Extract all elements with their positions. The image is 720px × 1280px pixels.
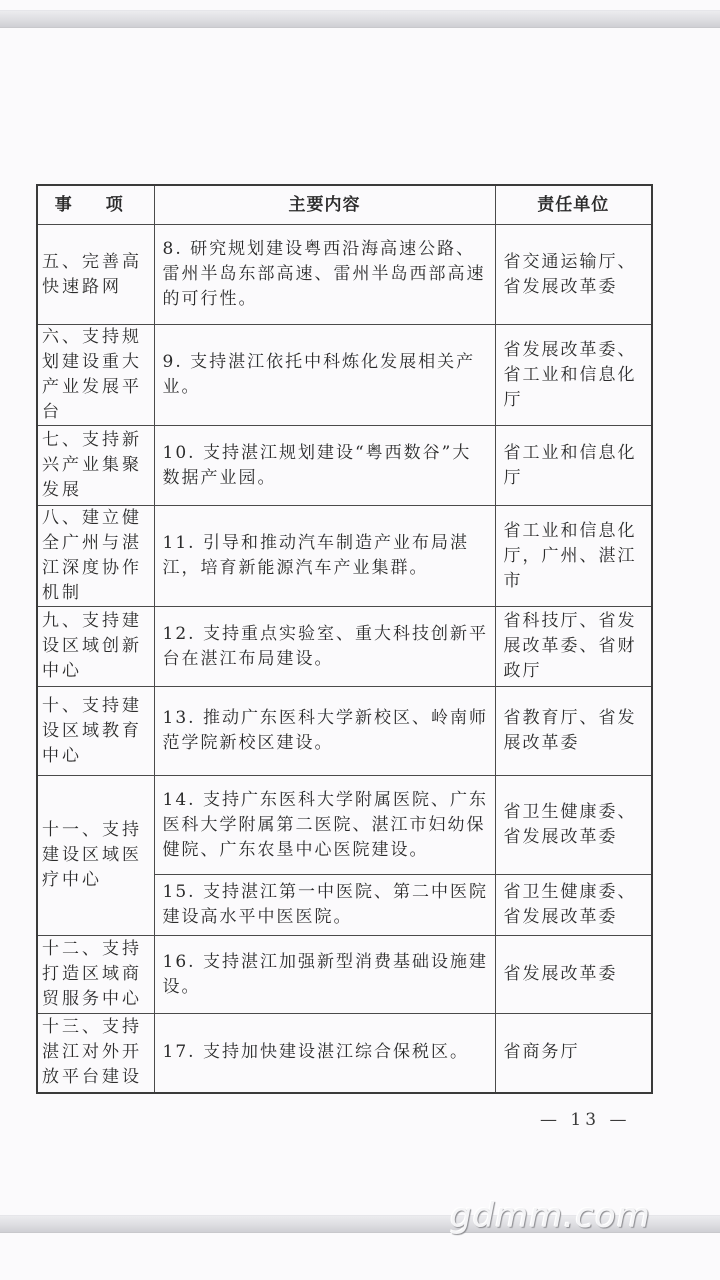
row-item: 八、建立健全广州与湛江深度协作机制	[37, 506, 154, 607]
table-row: 八、建立健全广州与湛江深度协作机制 11. 引导和推动汽车制造产业布局湛江，培育…	[37, 506, 652, 607]
watermark: gdmm.com	[450, 1196, 651, 1236]
responsibility-table: 事 项 主要内容 责任单位 五、完善高快速路网 8. 研究规划建设粤西沿海高速公…	[36, 184, 653, 1094]
table-row: 十二、支持打造区域商贸服务中心 16. 支持湛江加强新型消费基础设施建设。 省发…	[37, 936, 652, 1014]
row-item: 十、支持建设区域教育中心	[37, 687, 154, 776]
header-item: 事 项	[37, 185, 154, 225]
row-unit: 省交通运输厅、省发展改革委	[495, 225, 652, 325]
row-unit: 省发展改革委、省工业和信息化厅	[495, 325, 652, 426]
row-unit: 省商务厅	[495, 1014, 652, 1093]
row-item: 七、支持新兴产业集聚发展	[37, 426, 154, 506]
row-content: 17. 支持加快建设湛江综合保税区。	[154, 1014, 495, 1093]
row-unit: 省科技厅、省发展改革委、省财政厅	[495, 607, 652, 687]
table-row: 七、支持新兴产业集聚发展 10. 支持湛江规划建设“粤西数谷”大数据产业园。 省…	[37, 426, 652, 506]
table-row: 十、支持建设区域教育中心 13. 推动广东医科大学新校区、岭南师范学院新校区建设…	[37, 687, 652, 776]
row-content: 15. 支持湛江第一中医院、第二中医院建设高水平中医医院。	[154, 875, 495, 936]
row-content: 16. 支持湛江加强新型消费基础设施建设。	[154, 936, 495, 1014]
header-unit: 责任单位	[495, 185, 652, 225]
row-unit: 省教育厅、省发展改革委	[495, 687, 652, 776]
row-content: 11. 引导和推动汽车制造产业布局湛江，培育新能源汽车产业集群。	[154, 506, 495, 607]
table-header-row: 事 项 主要内容 责任单位	[37, 185, 652, 225]
row-content: 10. 支持湛江规划建设“粤西数谷”大数据产业园。	[154, 426, 495, 506]
row-unit: 省工业和信息化厅	[495, 426, 652, 506]
row-item: 五、完善高快速路网	[37, 225, 154, 325]
row-content: 13. 推动广东医科大学新校区、岭南师范学院新校区建设。	[154, 687, 495, 776]
header-content: 主要内容	[154, 185, 495, 225]
row-item: 六、支持规划建设重大产业发展平台	[37, 325, 154, 426]
row-unit: 省工业和信息化厅，广州、湛江市	[495, 506, 652, 607]
scan-top-band	[0, 10, 720, 28]
row-content: 9. 支持湛江依托中科炼化发展相关产业。	[154, 325, 495, 426]
table-row: 九、支持建设区域创新中心 12. 支持重点实验室、重大科技创新平台在湛江布局建设…	[37, 607, 652, 687]
table-row: 十三、支持湛江对外开放平台建设 17. 支持加快建设湛江综合保税区。 省商务厅	[37, 1014, 652, 1093]
page-number: — 13 —	[540, 1110, 630, 1130]
row-item: 十三、支持湛江对外开放平台建设	[37, 1014, 154, 1093]
row-item: 十二、支持打造区域商贸服务中心	[37, 936, 154, 1014]
row-content: 12. 支持重点实验室、重大科技创新平台在湛江布局建设。	[154, 607, 495, 687]
row-item: 九、支持建设区域创新中心	[37, 607, 154, 687]
row-unit: 省发展改革委	[495, 936, 652, 1014]
row-content: 8. 研究规划建设粤西沿海高速公路、雷州半岛东部高速、雷州半岛西部高速的可行性。	[154, 225, 495, 325]
table-row: 六、支持规划建设重大产业发展平台 9. 支持湛江依托中科炼化发展相关产业。 省发…	[37, 325, 652, 426]
row-item: 十一、支持建设区域医疗中心	[37, 776, 154, 936]
table-row: 五、完善高快速路网 8. 研究规划建设粤西沿海高速公路、雷州半岛东部高速、雷州半…	[37, 225, 652, 325]
row-unit: 省卫生健康委、省发展改革委	[495, 776, 652, 875]
row-unit: 省卫生健康委、省发展改革委	[495, 875, 652, 936]
row-content: 14. 支持广东医科大学附属医院、广东医科大学附属第二医院、湛江市妇幼保健院、广…	[154, 776, 495, 875]
table-row: 十一、支持建设区域医疗中心 14. 支持广东医科大学附属医院、广东医科大学附属第…	[37, 776, 652, 875]
